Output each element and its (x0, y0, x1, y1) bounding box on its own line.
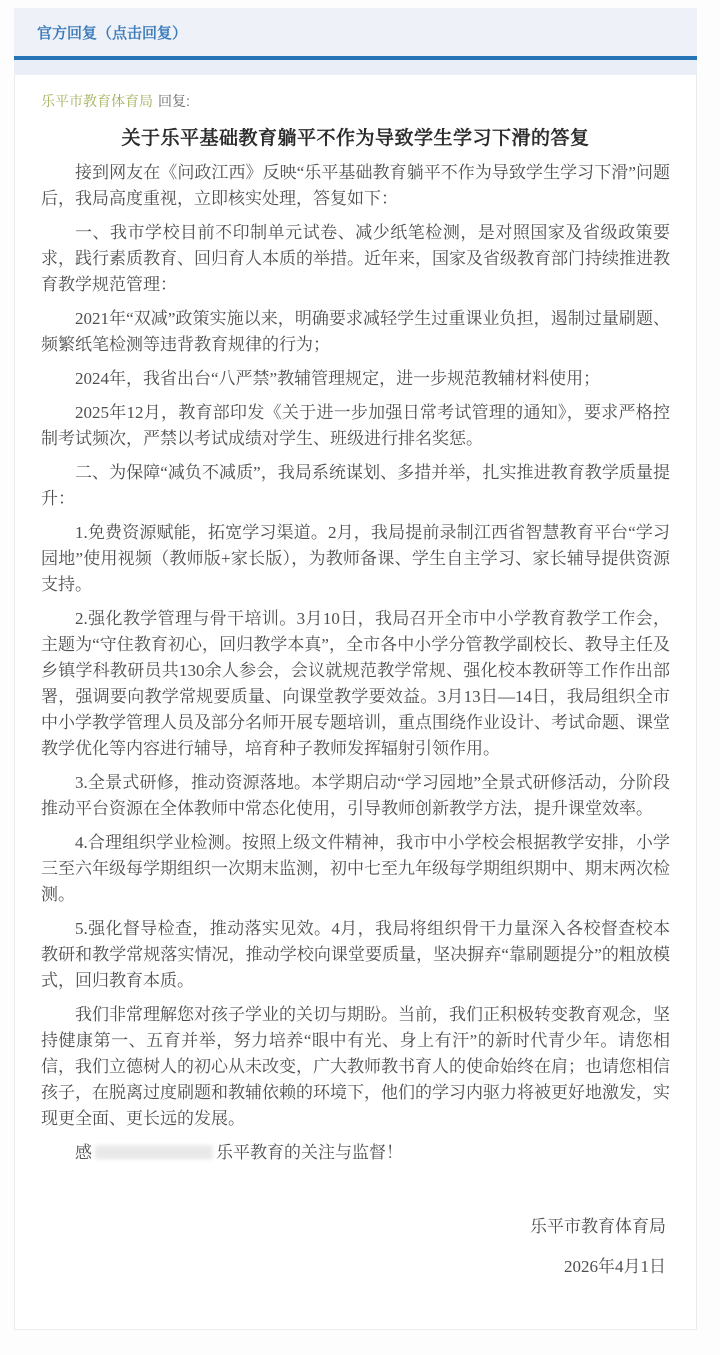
reply-paragraph: 一、我市学校目前不印制单元试卷、减少纸笔检测，是对照国家及省级政策要求，践行素质… (41, 220, 670, 298)
reply-panel: 乐平市教育体育局回复: 关于乐平基础教育躺平不作为导致学生学习下滑的答复 接到网… (14, 75, 697, 1330)
reply-label: 回复: (158, 93, 190, 109)
reply-meta: 乐平市教育体育局回复: (41, 91, 670, 111)
reply-paragraph: 4.合理组织学业检测。按照上级文件精神，我市中小学校会根据教学安排，小学三至六年… (41, 830, 670, 908)
thanks-prefix: 感 (75, 1143, 92, 1162)
redaction-blur (95, 1146, 213, 1159)
reply-container: 官方回复（点击回复） 乐平市教育体育局回复: 关于乐平基础教育躺平不作为导致学生… (14, 8, 697, 1330)
thanks-line: 感乐平教育的关注与监督！ (41, 1140, 670, 1166)
agency-name: 乐平市教育体育局 (41, 93, 153, 109)
reply-paragraph: 2025年12月，教育部印发《关于进一步加强日常考试管理的通知》，要求严格控制考… (41, 400, 670, 452)
reply-paragraph: 接到网友在《问政江西》反映“乐平基础教育躺平不作为导致学生学习下滑”问题后，我局… (41, 160, 670, 212)
reply-paragraph: 我们非常理解您对孩子学业的关切与期盼。当前，我们正积极转变教育观念，坚持健康第一… (41, 1002, 670, 1132)
reply-paragraph: 3.全景式研修，推动资源落地。本学期启动“学习园地”全景式研修活动，分阶段推动平… (41, 770, 670, 822)
signature-agency: 乐平市教育体育局 (41, 1212, 666, 1237)
signature-block: 乐平市教育体育局 2026年4月1日 (41, 1212, 670, 1277)
reply-paragraph: 二、为保障“减负不减质”，我局系统谋划、多措并举，扎实推进教育教学质量提升： (41, 460, 670, 512)
signature-date: 2026年4月1日 (41, 1252, 666, 1277)
thanks-suffix: 乐平教育的关注与监督！ (216, 1143, 403, 1162)
document-title: 关于乐平基础教育躺平不作为导致学生学习下滑的答复 (41, 123, 670, 150)
reply-paragraph: 1.免费资源赋能，拓宽学习渠道。2月，我局提前录制江西省智慧教育平台“学习园地”… (41, 520, 670, 598)
reply-paragraph: 2024年，我省出台“八严禁”教辅管理规定，进一步规范教辅材料使用； (41, 366, 670, 392)
reply-paragraph: 5.强化督导检查，推动落实见效。4月，我局将组织骨干力量深入各校督查校本教研和教… (41, 916, 670, 994)
reply-paragraph: 2021年“双减”政策实施以来，明确要求减轻学生过重课业负担，遏制过量刷题、频繁… (41, 306, 670, 358)
document-body: 接到网友在《问政江西》反映“乐平基础教育躺平不作为导致学生学习下滑”问题后，我局… (41, 160, 670, 1166)
header-band (14, 60, 697, 75)
official-reply-header[interactable]: 官方回复（点击回复） (14, 8, 697, 60)
reply-paragraph: 2.强化教学管理与骨干培训。3月10日，我局召开全市中小学教育教学工作会，主题为… (41, 606, 670, 762)
